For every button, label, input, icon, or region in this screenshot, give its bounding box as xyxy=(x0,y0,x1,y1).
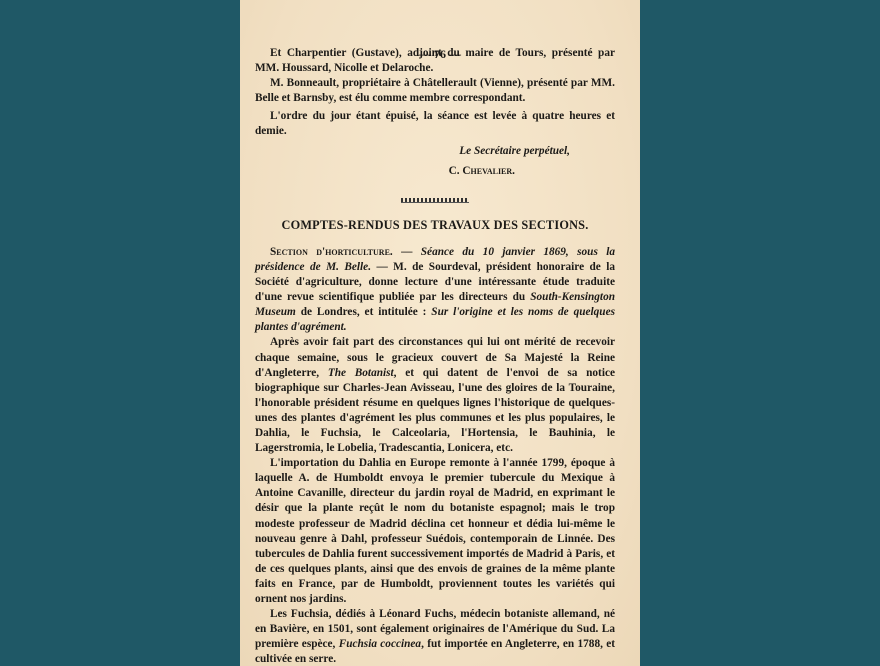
wavy-separator xyxy=(401,198,469,203)
paragraph-fuchsia: Les Fuchsia, dédiés à Léonard Fuchs, méd… xyxy=(255,607,615,666)
journal-name: The Botanist xyxy=(328,367,394,379)
intro-text-2: de Londres, et intitulée : xyxy=(296,306,431,318)
section-heading: COMPTES-RENDUS DES TRAVAUX DES SECTIONS. xyxy=(255,218,615,233)
paragraph-closing: L'ordre du jour étant épuisé, la séance … xyxy=(255,109,615,139)
signature-title: Le Secrétaire perpétuel, xyxy=(255,144,615,159)
paragraph-section-intro: Section d'horticulture. — Séance du 10 j… xyxy=(255,245,615,336)
species-name: Fuchsia coccinea xyxy=(339,638,421,650)
scanned-page: — 76 — Et Charpentier (Gustave), adjoint… xyxy=(240,0,640,666)
paragraph-charpentier: Et Charpentier (Gustave), adjoint du mai… xyxy=(255,46,615,76)
paragraph-botanist: Après avoir fait part des circonstances … xyxy=(255,335,615,456)
botanist-text-2: , et qui datent de l'envoi de sa notice … xyxy=(255,367,615,454)
signature-name: C. Chevalier. xyxy=(255,164,615,179)
section-name: Section d'horticulture. xyxy=(270,246,393,258)
page-content: Et Charpentier (Gustave), adjoint du mai… xyxy=(255,46,615,666)
dash: — xyxy=(393,246,421,258)
paragraph-bonneault: M. Bonneault, propriétaire à Châtellerau… xyxy=(255,76,615,106)
paragraph-dahlia: L'importation du Dahlia en Europe remont… xyxy=(255,456,615,607)
